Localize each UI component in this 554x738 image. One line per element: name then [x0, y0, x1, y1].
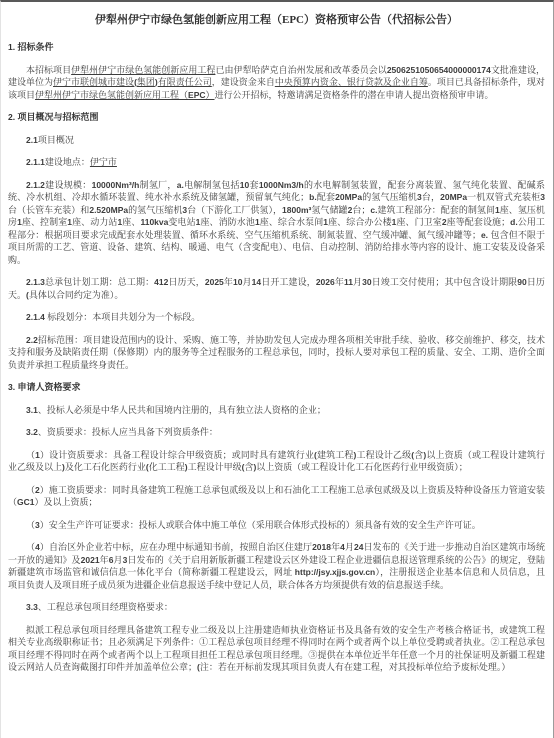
paragraph: （4）自治区外企业若中标，应在办理中标通知书前，按照自治区住建厅2018年4月2…	[8, 541, 545, 591]
latin-text: 1	[196, 217, 201, 227]
latin-text: 2.2	[26, 335, 38, 345]
latin-text: 2.1.4	[26, 312, 47, 322]
latin-text: 11	[344, 277, 353, 287]
latin-text: (	[242, 462, 245, 472]
text-run: 3.2、资质要求：投标人应当具备下列资质条件：	[26, 427, 218, 437]
latin-text: 3.2	[26, 427, 38, 437]
text-run: （2）施工资质要求：同时具备建筑工程施工总承包贰级及以上和石油化工工程施工总承包…	[8, 485, 545, 508]
latin-text: 6	[109, 555, 114, 565]
latin-text: d.	[510, 217, 518, 227]
latin-text: 2.	[8, 112, 17, 122]
latin-text: 2025	[205, 277, 224, 287]
text-run: 进行公开招标，特邀请满足资格条件的潜在申请人提出资格预审申请。	[215, 90, 494, 100]
latin-text: 10000Nm³/h	[92, 180, 140, 190]
paragraph: 3.1、投标人必须是中华人民共和国境内注册的，具有独立法人资格的企业；	[8, 404, 545, 417]
paragraph: 2.1.1建设地点：伊宁市	[8, 156, 545, 169]
latin-text: c.	[370, 205, 377, 215]
text-run: 3.3、工程总承包项目经理资格要求：	[26, 602, 173, 612]
latin-text: 1	[495, 205, 500, 215]
latin-text: (	[146, 462, 149, 472]
latin-text: 2026	[316, 277, 335, 287]
page-title: 伊犁州伊宁市绿色氢能创新应用工程（EPC）资格预审公告（代招标公告）	[8, 14, 545, 27]
section-heading: 1. 招标条件	[8, 41, 545, 54]
paragraph: （3）安全生产许可证要求：投标人或联合体中施工单位（采用联合体形式投标的）须具备…	[8, 519, 545, 532]
latin-text: 2018	[312, 542, 331, 552]
text-run: 2. 项目概况与招标范围	[8, 112, 98, 122]
underlined-field: 伊宁市联创城市建设(集团)有限责任公司	[53, 77, 212, 87]
latin-text: 4	[340, 542, 345, 552]
paragraph: （1）设计资质要求：具备工程设计综合甲级资质；或同时具有建筑行业(建筑工程)工程…	[8, 449, 545, 474]
paragraph: 2.1.3总承包计划工期：总工期：412日历天，2025年10月14日开工建设，…	[8, 276, 545, 301]
latin-text: 1000Nm3/h	[259, 180, 304, 190]
latin-text: )	[185, 462, 188, 472]
latin-text: 1	[323, 217, 328, 227]
text-run: （3）安全生产许可证要求：投标人或联合体中施工单位（采用联合体形式投标的）须具备…	[26, 520, 481, 530]
latin-text: 2.1.3	[26, 277, 45, 287]
latin-text: 1	[67, 217, 72, 227]
text-run: 2.1.2建设规模：10000Nm³/h制氢厂，a.电解制氢包括10套1000N…	[8, 180, 545, 265]
announcement-document: 伊犁州伊宁市绿色氢能创新应用工程（EPC）资格预审公告（代招标公告） 1. 招标…	[0, 0, 554, 738]
paragraph: 2.2招标范围：项目建设范围内的设计、采购、施工等，并协助发包人完成办理各项相关…	[8, 334, 545, 372]
latin-text: 1	[17, 217, 22, 227]
latin-text: EPC	[188, 90, 205, 100]
paragraph: 3.2、资质要求：投标人应当具备下列资质条件：	[8, 426, 545, 439]
latin-text: )	[354, 450, 357, 460]
latin-text: 1.	[8, 42, 17, 52]
latin-text: e.	[481, 230, 491, 240]
text-run: 3. 申请人资格要求	[8, 382, 80, 392]
section-heading: 2. 项目概况与招标范围	[8, 111, 545, 124]
latin-text: GC1	[17, 497, 34, 507]
latin-text: 2506251050654000000174	[387, 65, 491, 75]
text-run: （4）自治区外企业若中标，应在办理中标通知书前，按照自治区住建厅2018年4月2…	[8, 542, 545, 590]
latin-text: 1	[117, 217, 122, 227]
latin-text: 2.1.1	[26, 157, 45, 167]
latin-text: 1	[255, 217, 260, 227]
text-run: 拟派工程总承包项目经理具备建筑工程专业二级及以上注册建造师执业资格证书及具备有效…	[8, 625, 545, 673]
latin-text: )	[253, 462, 256, 472]
latin-text: 2.1	[26, 135, 38, 145]
latin-text: 3	[182, 205, 187, 215]
latin-text: 3.	[8, 382, 17, 392]
text-run: 1. 招标条件	[8, 42, 53, 52]
latin-text: 3	[123, 555, 128, 565]
latin-text: 20MPa	[440, 192, 467, 202]
text-run: 2.1.3总承包计划工期：总工期：412日历天，2025年10月14日开工建设，…	[8, 277, 545, 300]
latin-text: 3	[417, 192, 422, 202]
latin-text: (	[134, 77, 137, 87]
latin-text: 10	[240, 180, 249, 190]
latin-text: 24	[354, 542, 363, 552]
paragraph: 本招标项目伊犁州伊宁市绿色氢能创新应用工程已由伊犁哈萨克自治州发展和改革委员会以…	[8, 64, 545, 102]
latin-text: 2	[442, 217, 447, 227]
underlined-field: 伊犁州伊宁市绿色氢能创新应用工程（EPC）	[35, 90, 215, 100]
latin-text: (	[411, 450, 414, 460]
latin-text: 10	[233, 277, 242, 287]
latin-text: 1	[35, 450, 40, 460]
latin-text: 3.3	[26, 602, 38, 612]
text-run: 本招标项目	[26, 65, 71, 75]
underlined-field: 中央预算内资金、银行贷款及企业自筹	[275, 77, 428, 87]
latin-text: 14	[252, 277, 261, 287]
latin-text: b.	[309, 192, 317, 202]
text-run: 2.1.4 标段划分：本项目共划分为一个标段。	[26, 312, 200, 322]
latin-text: a.	[177, 180, 184, 190]
latin-text: 2.1.2	[26, 180, 45, 190]
latin-text: 4	[35, 542, 40, 552]
text-run: 3.1、投标人必须是中华人民共和国境内注册的，具有独立法人资格的企业；	[26, 405, 326, 415]
text-run: （1）设计资质要求：具备工程设计综合甲级资质；或同时具有建筑行业(建筑工程)工程…	[8, 450, 545, 473]
section-heading: 3. 申请人资格要求	[8, 381, 545, 394]
latin-text: 2.520MPa	[89, 205, 128, 215]
latin-text: 3.1	[26, 405, 38, 415]
paragraph: 3.3、工程总承包项目经理资格要求：	[8, 601, 545, 614]
latin-text: 2	[35, 485, 40, 495]
text-run: 2.1项目概况	[26, 135, 74, 145]
text-run: 2.1.1建设地点：	[26, 157, 90, 167]
latin-text: )	[155, 77, 158, 87]
latin-text: 3	[540, 192, 545, 202]
paragraph: 2.1.4 标段划分：本项目共划分为一个标段。	[8, 311, 545, 324]
latin-text: 1800m³	[282, 205, 311, 215]
latin-text: )	[423, 450, 426, 460]
latin-text: 3	[35, 520, 40, 530]
text-run: ，建设资金来自	[212, 77, 275, 87]
paragraph: （2）施工资质要求：同时具备建筑工程施工总承包贰级及以上和石油化工工程施工总承包…	[8, 484, 545, 509]
latin-text: 2	[348, 205, 353, 215]
latin-text: 20MPa	[335, 192, 362, 202]
latin-text: 110kva	[140, 217, 168, 227]
latin-text: 90	[517, 277, 526, 287]
latin-text: (	[197, 662, 200, 672]
latin-text: 1	[392, 217, 397, 227]
latin-text: (	[26, 290, 29, 300]
underlined-field: 伊宁市	[90, 157, 117, 167]
latin-text: http://jsy.xjjs.gov.cn	[292, 567, 375, 577]
text-run: 2.2招标范围：项目建设范围内的设计、采购、施工等，并协助发包人完成办理各项相关…	[8, 335, 545, 370]
paragraph: 拟派工程总承包项目经理具备建筑工程专业二级及以上注册建造师执业资格证书及具备有效…	[8, 624, 545, 674]
latin-text: 412	[154, 277, 168, 287]
latin-text: (	[314, 450, 317, 460]
latin-text: )	[62, 462, 65, 472]
paragraph: 2.1项目概况	[8, 134, 545, 147]
document-body: 1. 招标条件本招标项目伊犁州伊宁市绿色氢能创新应用工程已由伊犁哈萨克自治州发展…	[8, 41, 545, 674]
paragraph: 2.1.2建设规模：10000Nm³/h制氢厂，a.电解制氢包括10套1000N…	[8, 179, 545, 267]
latin-text: 2021	[81, 555, 100, 565]
underlined-field: 伊犁州伊宁市绿色氢能创新应用工程	[71, 65, 215, 75]
latin-text: 30	[362, 277, 371, 287]
